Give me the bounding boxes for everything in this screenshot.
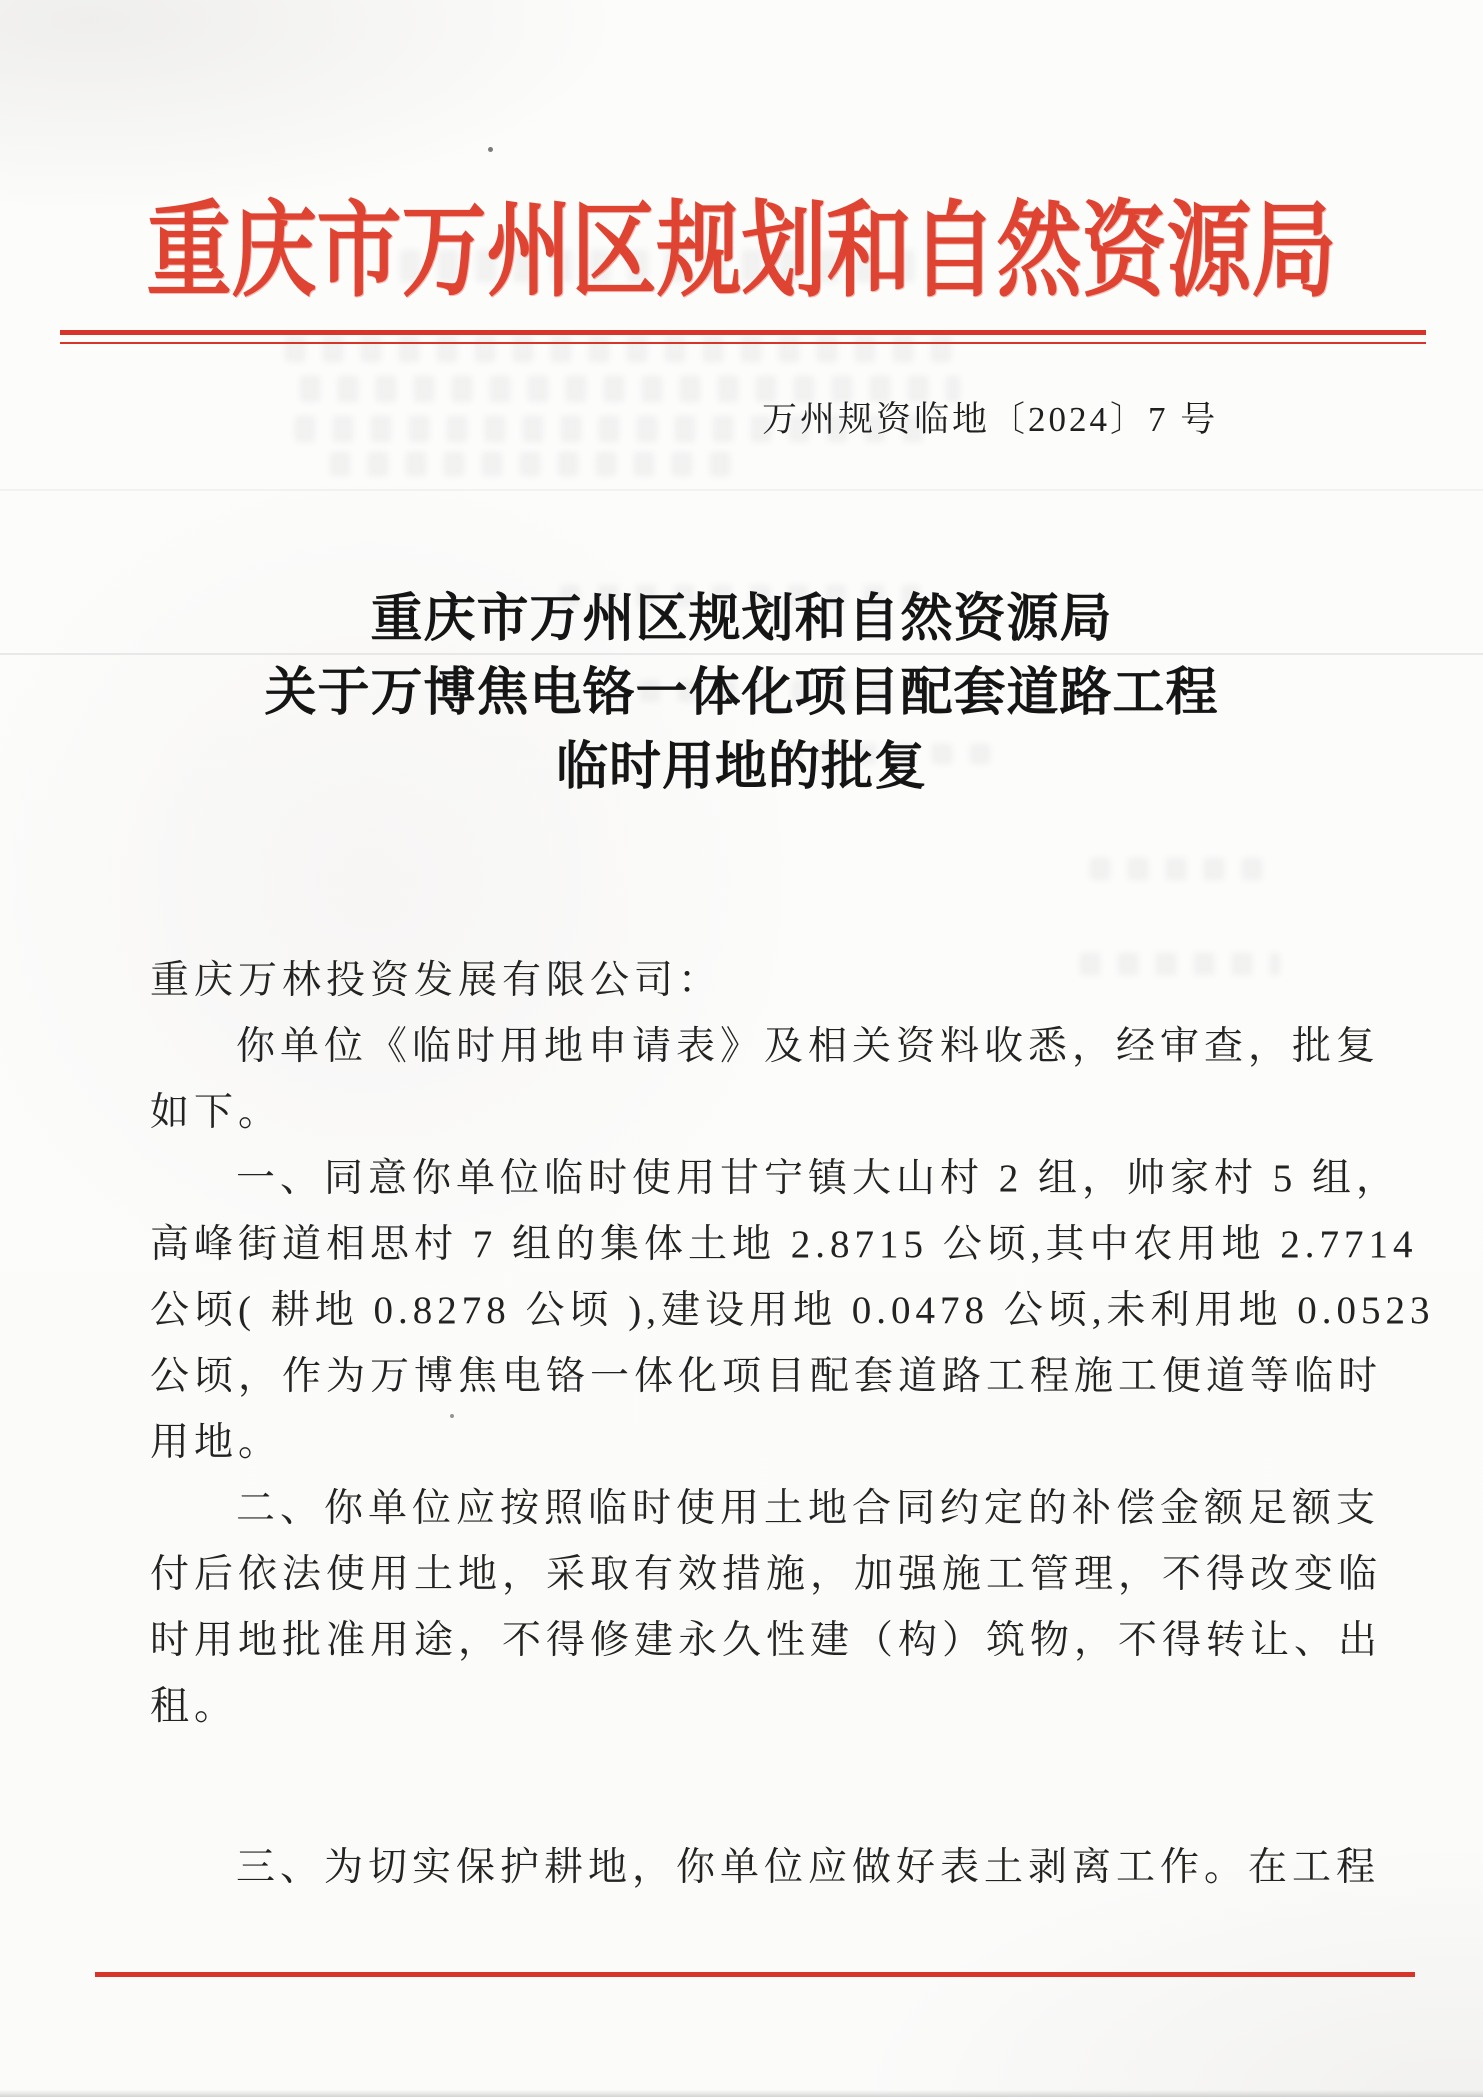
body-line: 付后依法使用土地，采取有效措施，加强施工管理，不得改变临 [150,1542,1420,1608]
ink-speck [488,147,493,152]
doc-title-line-3: 临时用地的批复 [0,731,1483,805]
doc-title-line-1: 重庆市万州区规划和自然资源局 [0,583,1483,657]
body-line: 二、你单位应按照临时使用土地合同约定的补偿金额足额支 [150,1476,1420,1542]
scanned-document-page: 重庆市万州区规划和自然资源局 万州规资临地〔2024〕7 号 重庆市万州区规划和… [0,0,1483,2097]
bleedthrough-artifact [1090,858,1280,880]
recipient-line: 重庆万林投资发展有限公司： [150,948,1420,1014]
body-line: 时用地批准用途，不得修建永久性建（构）筑物，不得转让、出 [150,1608,1420,1674]
letterhead-rule-thin [60,342,1426,344]
agency-letterhead: 重庆市万州区规划和自然资源局 [0,168,1483,317]
body-line: 一、同意你单位临时使用甘宁镇大山村 2 组，帅家村 5 组， [150,1146,1420,1212]
body-line: 三、为切实保护耕地，你单位应做好表土剥离工作。在工程 [150,1835,1420,1901]
body-line: 公顷( 耕地 0.8278 公顷 ),建设用地 0.0478 公顷,未利用地 0… [150,1278,1420,1344]
doc-number: 万州规资临地〔2024〕7 号 [762,392,1218,442]
ink-speck [450,1414,454,1418]
body-line: 你单位《临时用地申请表》及相关资料收悉，经审查，批复 [150,1014,1420,1080]
letterhead-rule-thick [60,330,1426,335]
scan-crease [0,489,1483,491]
body-line: 公顷，作为万博焦电铬一体化项目配套道路工程施工便道等临时 [150,1344,1420,1410]
doc-title: 重庆市万州区规划和自然资源局 关于万博焦电铬一体化项目配套道路工程 临时用地的批… [0,583,1483,805]
body-line: 如下。 [150,1080,1420,1146]
body-line: 租。 [150,1674,1420,1740]
scan-edge-shadow [0,2090,1483,2097]
bleedthrough-artifact [285,336,965,362]
bleedthrough-artifact [330,452,740,476]
doc-body: 重庆万林投资发展有限公司： 你单位《临时用地申请表》及相关资料收悉，经审查，批复… [150,948,1420,1901]
body-line: 高峰街道相思村 7 组的集体土地 2.8715 公顷,其中农用地 2.7714 [150,1212,1420,1278]
doc-title-line-2: 关于万博焦电铬一体化项目配套道路工程 [0,657,1483,731]
body-line: 用地。 [150,1410,1420,1476]
footer-rule [95,1972,1415,1977]
